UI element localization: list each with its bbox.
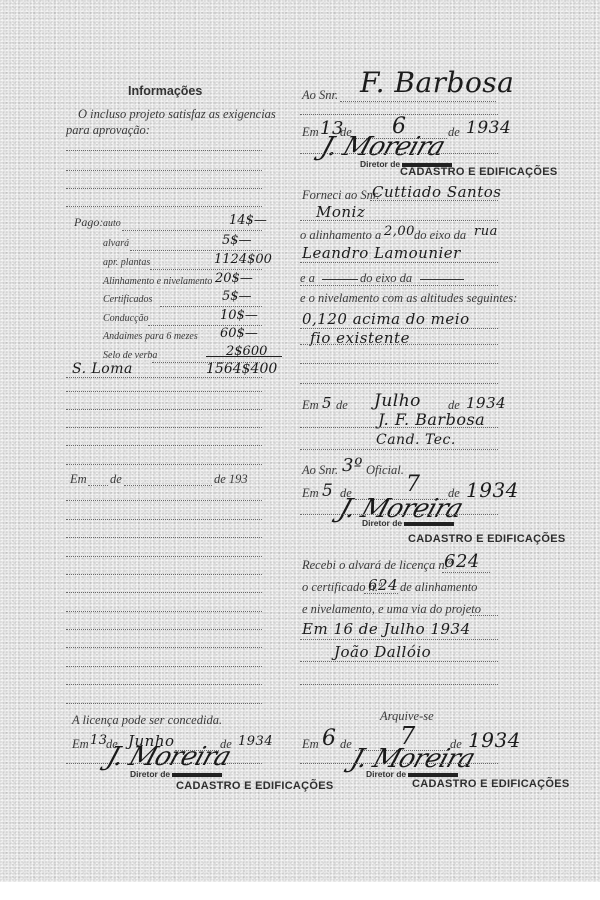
section-heading: Informações bbox=[128, 84, 202, 98]
ruled-line bbox=[66, 445, 262, 446]
ruled-line bbox=[66, 206, 262, 207]
blank-dash bbox=[322, 279, 358, 280]
stamp-director: Diretor de bbox=[130, 769, 222, 779]
fee-label: auto bbox=[103, 218, 121, 229]
ruled-line bbox=[66, 150, 262, 151]
addressee2-suffix: Oficial. bbox=[366, 463, 404, 478]
nivelamento-value-line1: 0,120 acima do meio bbox=[302, 310, 470, 328]
date-prefix: Em bbox=[302, 125, 319, 140]
ruled-line bbox=[66, 574, 262, 575]
ruled-line bbox=[300, 383, 498, 384]
receipt-signature: João Dallóio bbox=[334, 643, 431, 661]
fee-leader bbox=[130, 250, 262, 251]
fee-amount: 5$— bbox=[222, 289, 252, 304]
ruled-line bbox=[66, 537, 262, 538]
ruled-line bbox=[300, 449, 498, 450]
certificate-number-line bbox=[364, 593, 398, 594]
ruled-line bbox=[300, 684, 498, 685]
license-number-line bbox=[442, 572, 490, 573]
date-month: Julho bbox=[374, 391, 421, 411]
ruled-line bbox=[66, 611, 262, 612]
ruled-line bbox=[300, 661, 498, 662]
date-year: 1934 bbox=[466, 478, 519, 502]
stamp-director: Diretor de bbox=[362, 518, 454, 528]
alinhamento-prefix: o alinhamento a bbox=[300, 228, 381, 243]
ruled-line bbox=[300, 639, 498, 640]
intro-text-line1: O incluso projeto satisfaz as exigencias bbox=[78, 107, 276, 122]
addressee-name: F. Barbosa bbox=[360, 66, 514, 99]
engineer-title: Cand. Tec. bbox=[376, 432, 456, 448]
fee-leader bbox=[150, 269, 262, 270]
alinhamento-suffix: do eixo da bbox=[414, 228, 466, 243]
fee-label: Certificados bbox=[103, 294, 152, 305]
fee-label: Andaimes para 6 mezes bbox=[103, 331, 198, 342]
receipt-date: Em 16 de Julho 1934 bbox=[302, 620, 471, 638]
ruled-line bbox=[66, 409, 262, 410]
ruled-line bbox=[300, 285, 498, 286]
ruled-line bbox=[66, 377, 262, 378]
ruled-line bbox=[66, 391, 262, 392]
addressee2-label: Ao Snr. bbox=[302, 463, 338, 478]
fee-label: alvará bbox=[103, 238, 129, 249]
fee-amount: 60$— bbox=[220, 326, 258, 341]
total-amount: 1564$400 bbox=[206, 361, 277, 377]
forneci-name-cont: Moniz bbox=[316, 203, 365, 221]
recebi-prefix: Recebi o alvará de licença n.º bbox=[302, 558, 452, 573]
license-number: 624 bbox=[444, 551, 480, 572]
date-blank bbox=[124, 485, 212, 486]
intro-text-line2: para aprovação: bbox=[66, 123, 150, 138]
date-prefix: Em bbox=[302, 486, 319, 501]
date-de: de bbox=[340, 737, 352, 752]
nivelamento-text: e o nivelamento com as altitudes seguint… bbox=[300, 291, 517, 306]
ruled-line bbox=[300, 220, 498, 221]
alinhamento-street-type: rua bbox=[474, 224, 498, 239]
street-name: Leandro Lamounier bbox=[302, 244, 461, 262]
approval-text: A licença pode ser concedida. bbox=[72, 713, 222, 728]
ruled-line bbox=[300, 763, 498, 764]
stamp-cadastro: CADASTRO E EDIFICAÇÕES bbox=[408, 533, 566, 545]
addressee2-name: 3º bbox=[342, 455, 363, 476]
date-year-label: de 193 bbox=[214, 472, 248, 487]
ruled-line bbox=[300, 514, 498, 515]
ruled-line bbox=[300, 153, 498, 154]
via-text: e nivelamento, e uma via do projeto bbox=[302, 602, 481, 617]
fee-amount: 1124$00 bbox=[214, 252, 272, 267]
ruled-line bbox=[66, 556, 262, 557]
director-signature: J. Moreira bbox=[103, 742, 234, 772]
addressee-line bbox=[340, 101, 496, 102]
fee-amount: 14$— bbox=[229, 213, 267, 228]
ruled-line bbox=[300, 427, 498, 428]
fee-amount: 20$— bbox=[215, 271, 253, 286]
forneci-label: Forneci ao Snr. bbox=[302, 188, 379, 203]
sum-line bbox=[206, 356, 282, 357]
fee-label: Alinhamento e nivelamento bbox=[103, 276, 212, 287]
date-day: 5 bbox=[322, 481, 333, 501]
alinhamento-value: 2,00 bbox=[384, 224, 415, 239]
date-prefix: Em bbox=[302, 737, 319, 752]
fee-label: apr. plantas bbox=[103, 257, 150, 268]
forneci-line bbox=[370, 200, 498, 201]
date-year: 1934 bbox=[238, 734, 273, 749]
certificate-number: 624 bbox=[368, 576, 398, 594]
date-prefix: Em bbox=[302, 398, 319, 413]
via-line bbox=[470, 615, 498, 616]
date-de: de bbox=[448, 125, 460, 140]
date-de: de bbox=[336, 398, 348, 413]
fee-leader bbox=[160, 306, 262, 307]
date-day: 13 bbox=[90, 733, 108, 748]
director-signature: J. Moreira bbox=[317, 132, 448, 162]
fee-label: Selo de verba bbox=[103, 350, 157, 361]
date-day: 6 bbox=[322, 726, 337, 751]
total-label: S. Loma bbox=[72, 361, 133, 377]
e-a-suffix: do eixo da bbox=[360, 271, 412, 286]
ruled-line bbox=[66, 684, 262, 685]
strikethrough-mark bbox=[404, 522, 454, 526]
e-a-prefix: e a bbox=[300, 271, 315, 286]
addressee-label: Ao Snr. bbox=[302, 88, 338, 103]
fee-label: Conducção bbox=[103, 313, 149, 324]
certificado-suffix: de alinhamento bbox=[400, 580, 477, 595]
fee-amount: 10$— bbox=[220, 308, 258, 323]
ruled-line bbox=[66, 519, 262, 520]
blank-dash bbox=[420, 279, 464, 280]
ruled-line bbox=[300, 262, 498, 263]
stamp-cadastro: CADASTRO E EDIFICAÇÕES bbox=[412, 778, 570, 790]
fee-amount: 5$— bbox=[222, 233, 252, 248]
ruled-line bbox=[66, 629, 262, 630]
ruled-line bbox=[66, 703, 262, 704]
ruled-line bbox=[66, 647, 262, 648]
ruled-line bbox=[66, 500, 262, 501]
date-de-label: de bbox=[110, 472, 122, 487]
date-em-label: Em bbox=[70, 472, 87, 487]
ruled-line bbox=[300, 363, 498, 364]
ruled-line bbox=[66, 188, 262, 189]
stamp-cadastro: CADASTRO E EDIFICAÇÕES bbox=[176, 780, 334, 792]
date-day: 5 bbox=[322, 394, 332, 412]
strikethrough-mark bbox=[408, 773, 458, 777]
date-prefix: Em bbox=[72, 737, 89, 752]
ruled-line bbox=[66, 170, 262, 171]
date-blank bbox=[88, 485, 108, 486]
document-page: Informações O incluso projeto satisfaz a… bbox=[0, 0, 600, 882]
ruled-line bbox=[66, 592, 262, 593]
fee-leader bbox=[122, 230, 262, 231]
stamp-cadastro: CADASTRO E EDIFICAÇÕES bbox=[400, 166, 558, 178]
ruled-line bbox=[66, 427, 262, 428]
fees-label: Pago: bbox=[74, 215, 103, 230]
date-year: 1934 bbox=[466, 118, 511, 138]
strikethrough-mark bbox=[172, 773, 222, 777]
forneci-name: Cuttiado Santos bbox=[372, 183, 501, 201]
ruled-line bbox=[300, 344, 498, 345]
ruled-line bbox=[66, 464, 262, 465]
ruled-line bbox=[66, 666, 262, 667]
